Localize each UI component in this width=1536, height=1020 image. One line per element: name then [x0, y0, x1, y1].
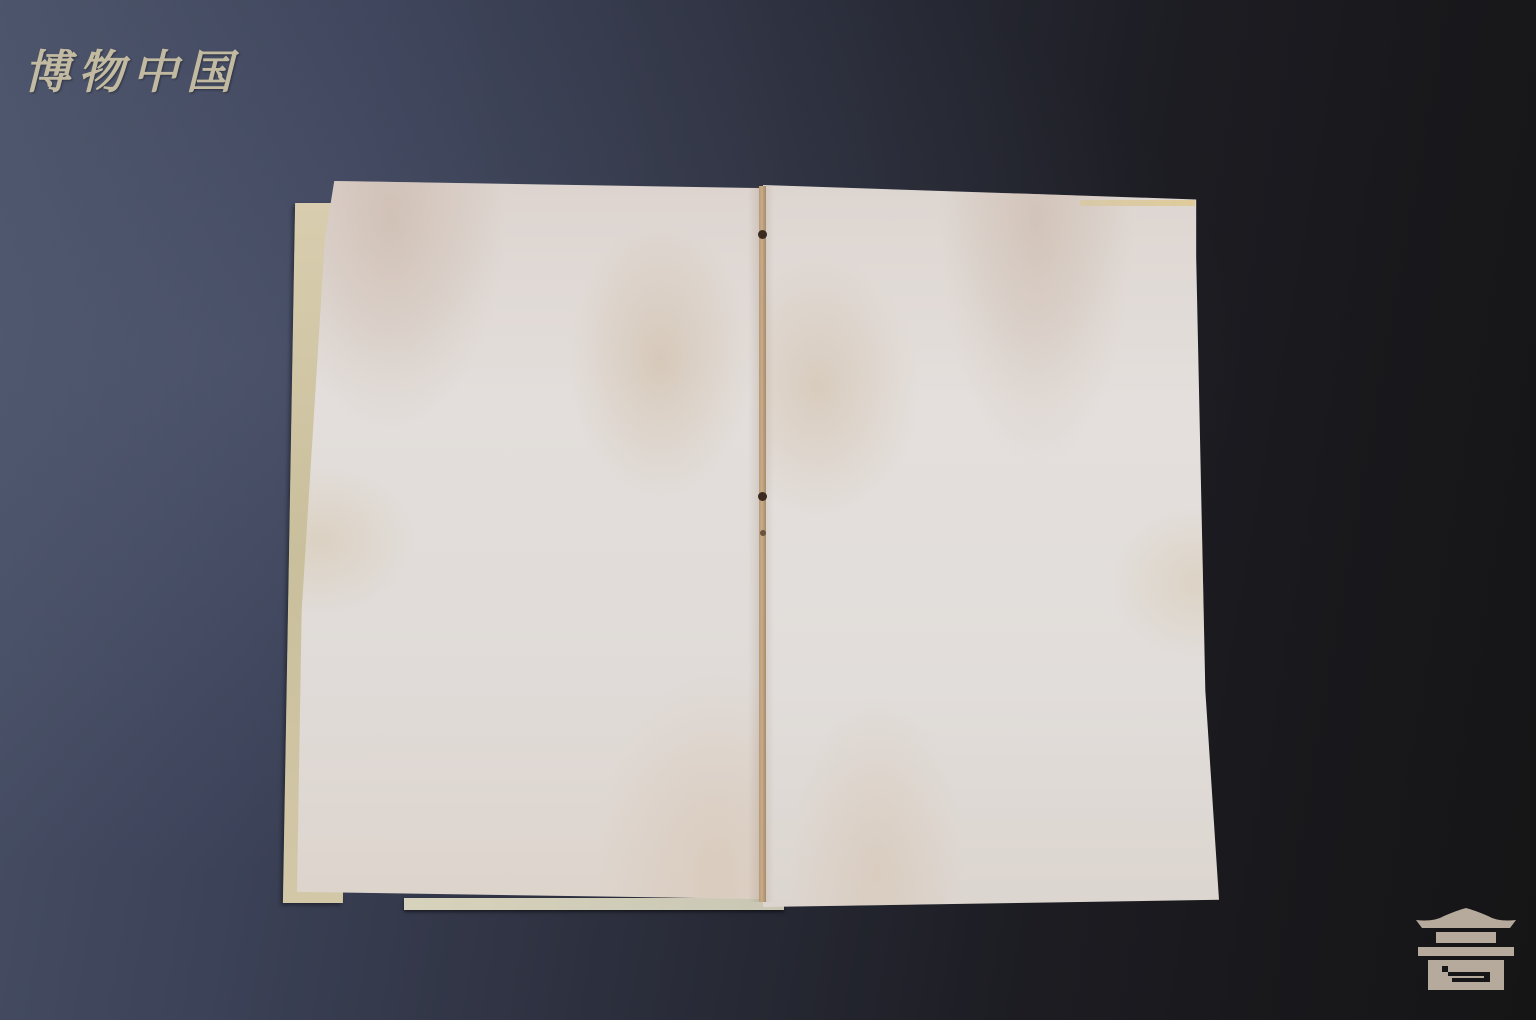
binding-stitch: [758, 492, 767, 501]
watermark-text: 博物中国: [24, 36, 240, 102]
book-spine: [759, 186, 766, 902]
pavilion-logo-icon: [1414, 908, 1518, 992]
page-edge-stain: [1080, 200, 1195, 206]
book-page-left: [297, 181, 763, 899]
book-page-right: [763, 185, 1219, 907]
back-sheet-bottom-edge: [404, 898, 784, 910]
binding-stitch: [758, 230, 767, 239]
binding-stitch: [760, 530, 766, 536]
